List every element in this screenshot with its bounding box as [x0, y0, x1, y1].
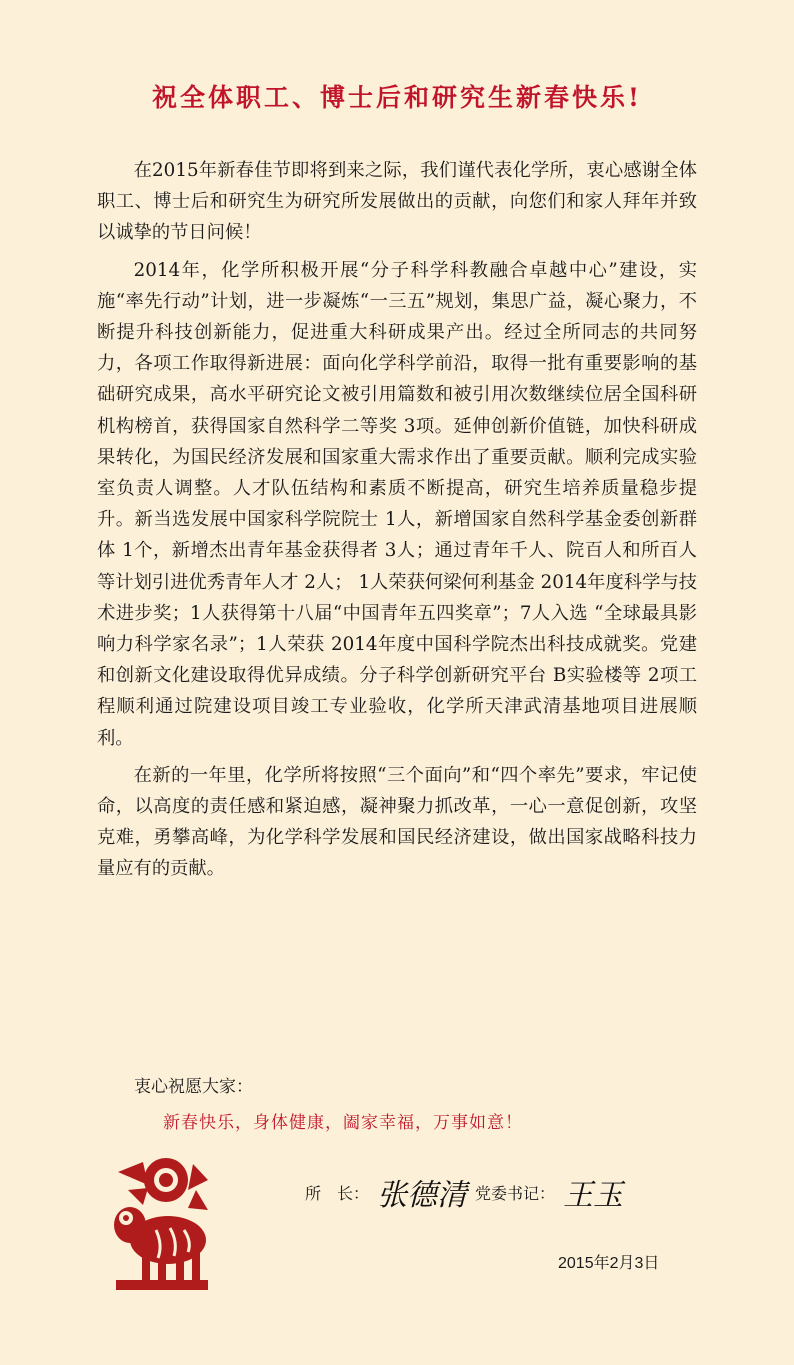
goat-papercut-icon: [108, 1150, 212, 1295]
paragraph-achievements: 2014年，化学所积极开展“分子科学科教融合卓越中心”建设，实施“率先行动”计划…: [97, 255, 697, 754]
director-label: 所 长：: [305, 1181, 369, 1204]
secretary-signature: 王玉: [563, 1170, 623, 1214]
secretary-label: 党委书记：: [475, 1181, 555, 1204]
director-signature: 张德清: [377, 1170, 467, 1214]
closing-wish: 新春快乐，身体健康，阖家幸福，万事如意！: [163, 1108, 523, 1133]
paragraph-intro: 在2015年新春佳节即将到来之际，我们谨代表化学所，衷心感谢全体职工、博士后和研…: [97, 155, 697, 249]
signature-row: 所 长： 张德清 党委书记： 王玉: [305, 1170, 631, 1214]
page-title: 祝全体职工、博士后和研究生新春快乐!: [0, 78, 794, 114]
paragraph-outlook: 在新的一年里，化学所将按照“三个面向”和“四个率先”要求，牢记使命，以高度的责任…: [97, 760, 697, 885]
letter-body: 在2015年新春佳节即将到来之际，我们谨代表化学所，衷心感谢全体职工、博士后和研…: [97, 155, 697, 891]
letter-date: 2015年2月3日: [558, 1250, 659, 1273]
closing-greeting: 衷心祝愿大家：: [134, 1072, 253, 1097]
